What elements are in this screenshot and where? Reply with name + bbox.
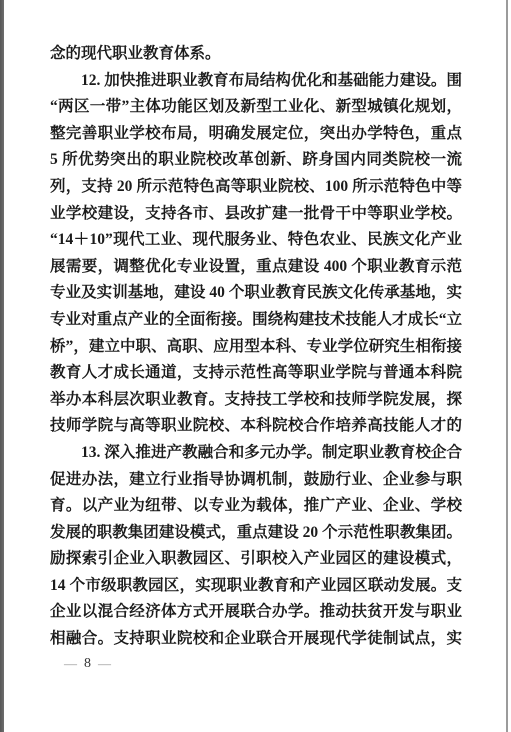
document-page: 念的现代职业教育体系。12. 加快推进职业教育布局结构优化和基础能力建设。围绕“… (0, 0, 511, 732)
text-line: 励探索引企业入职教园区、引职校入产业园区的建设模式，做强 (50, 546, 462, 573)
text-line: 发展的职教集团建设模式，重点建设 20 个示范性职教集团。鼓 (50, 520, 462, 547)
text-line: 专业对重点产业的全面衔接。围绕构建技术技能人才成长“立交 (50, 307, 462, 334)
text-line: 专业及实训基地，建设 40 个职业教育民族文化传承基地，实现重点 (50, 280, 462, 307)
text-line: 业学校建设，支持各市、县改扩建一批骨干中等职业学校。围绕 (50, 201, 462, 228)
text-line: 教育人才成长通道，支持示范性高等职业学院与普通本科院校合作 (50, 360, 462, 387)
text-line: 展需要，调整优化专业设置，重点建设 400 个职业教育示范特色 (50, 254, 462, 281)
text-line: “14＋10”现代工业、现代服务业、特色农业、民族文化产业发 (50, 227, 462, 254)
text-line: 技师学院与高等职业院校、本科院校合作培养高技能人才的新机制。 (50, 413, 462, 440)
page-number-dash-right: — (98, 656, 111, 672)
text-line: 12. 加快推进职业教育布局结构优化和基础能力建设。围绕 (50, 68, 462, 95)
text-line: 育。以产业为纽带、以专业为载体，推广产业、企业、学校融合 (50, 493, 462, 520)
text-line: 促进办法，建立行业指导协调机制，鼓励行业、企业参与职业教 (50, 467, 462, 494)
text-line: 相融合。支持职业院校和企业联合开展现代学徒制试点，实行校 (50, 626, 462, 653)
text-line: 桥”，建立中职、高职、应用型本科、专业学位研究生相衔接的职业 (50, 334, 462, 361)
page-number-value: 8 (84, 656, 91, 672)
text-line: 13. 深入推进产教融合和多元办学。制定职业教育校企合作 (50, 440, 462, 467)
text-line: 14 个市级职教园区，实现职业教育和产业园区联动发展。支持 (50, 573, 462, 600)
scan-edge-left (0, 0, 4, 732)
page-number-dash-left: — (64, 656, 77, 672)
text-line: 整完善职业学校布局，明确发展定位，突出办学特色，重点支持 (50, 121, 462, 148)
text-line: 举办本科层次职业教育。支持技工学校和技师学院发展，探索建立 (50, 387, 462, 414)
text-line: 列，支持 20 所示范特色高等职业院校、100 所示范特色中等职 (50, 174, 462, 201)
text-line: 企业以混合经济体方式开展联合办学。推动扶贫开发与职业教育 (50, 599, 462, 626)
text-line: 5 所优势突出的职业院校改革创新、跻身国内同类院校一流行 (50, 147, 462, 174)
document-body: 念的现代职业教育体系。12. 加快推进职业教育布局结构优化和基础能力建设。围绕“… (50, 41, 462, 653)
text-line: “两区一带”主体功能区划及新型工业化、新型城镇化规划，调 (50, 94, 462, 121)
scan-edge-right (506, 0, 508, 732)
text-line: 念的现代职业教育体系。 (50, 41, 462, 68)
page-number: — 8 — (64, 656, 111, 672)
